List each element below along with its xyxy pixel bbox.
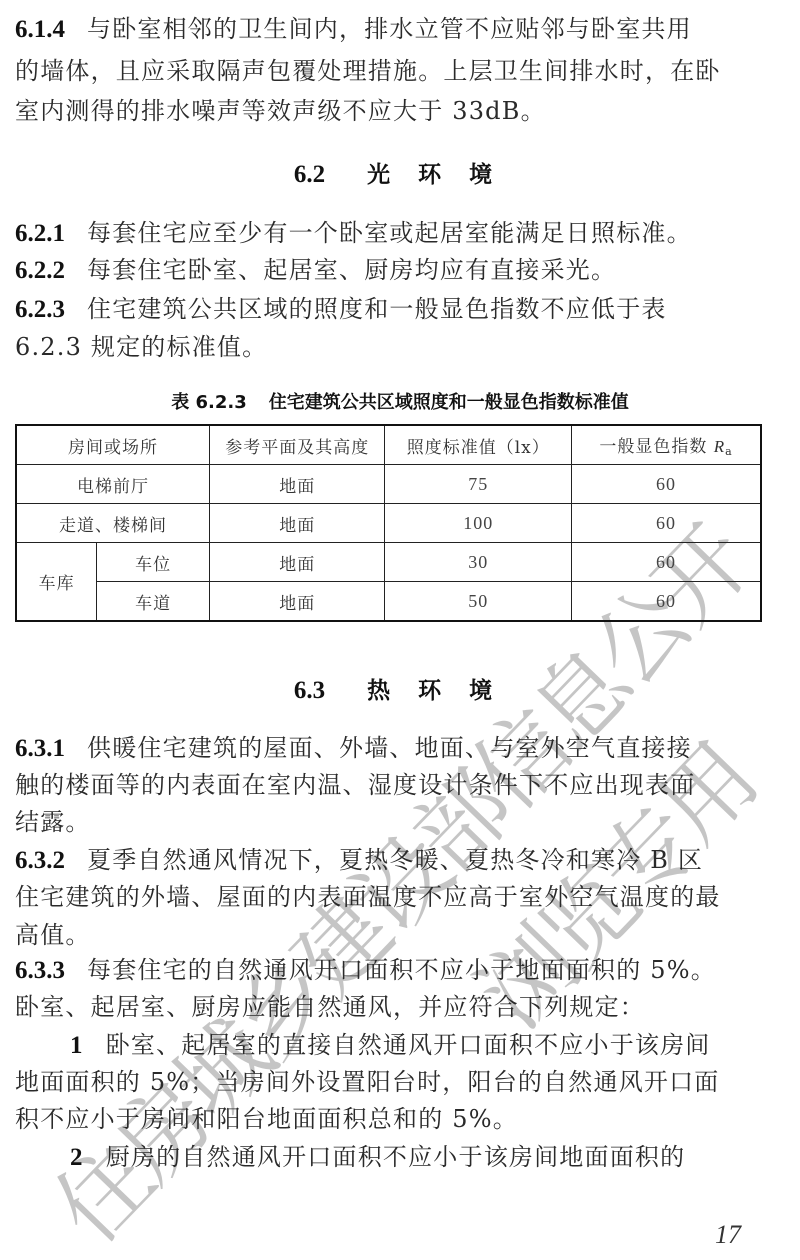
table-row: 走道、楼梯间 地面 100 60 <box>16 504 761 543</box>
cri-symbol: R <box>714 437 725 456</box>
clause-number: 6.2.2 <box>15 257 65 284</box>
section-number: 6.2 <box>294 161 325 188</box>
cell-cri: 60 <box>572 504 761 543</box>
clause-line: 6.2.3住宅建筑公共区域的照度和一般显色指数不应低于表 <box>15 294 765 325</box>
heading-char: 境 <box>469 678 492 704</box>
clause-line: 触的楼面等的内表面在室内温、湿度设计条件下不应出现表面 <box>15 770 765 800</box>
cell-group: 车库 <box>16 543 97 622</box>
clause-line: 结露。 <box>15 807 765 837</box>
cell-cri: 60 <box>572 543 761 582</box>
heading-char: 环 <box>418 162 441 188</box>
header-illuminance: 照度标准值（lx） <box>385 425 572 465</box>
clause-line: 6.1.4与卧室相邻的卫生间内，排水立管不应贴邻与卧室共用 <box>15 14 765 45</box>
clause-number: 6.2.3 <box>15 296 65 323</box>
section-heading-6-2: 6.2光环境 <box>0 156 800 189</box>
clause-text: 每套住宅卧室、起居室、厨房均应有直接采光。 <box>87 256 616 284</box>
clause-number: 6.3.2 <box>15 847 65 874</box>
page-number: 17 <box>715 1220 741 1250</box>
heading-char: 光 <box>367 162 390 188</box>
cell-place: 走道、楼梯间 <box>16 504 209 543</box>
heading-char: 热 <box>367 678 390 704</box>
item-number: 2 <box>70 1144 84 1171</box>
clause-text: 住宅建筑公共区域的照度和一般显色指数不应低于表 <box>87 295 667 323</box>
clause-text: 夏季自然通风情况下，夏热冬暖、夏热冬冷和寒冷 B 区 <box>87 846 703 874</box>
clause-text: 每套住宅应至少有一个卧室或起居室能满足日照标准。 <box>87 219 692 247</box>
table-header-row: 房间或场所 参考平面及其高度 照度标准值（lx） 一般显色指数 Ra <box>16 425 761 465</box>
header-cri-label: 一般显色指数 <box>599 437 713 457</box>
item-text: 厨房的自然通风开口面积不应小于该房间地面面积的 <box>106 1143 686 1171</box>
clause-line: 的墙体，且应采取隔声包覆处理措施。上层卫生间排水时，在卧 <box>15 56 765 86</box>
clause-line: 6.2.3 规定的标准值。 <box>15 332 765 362</box>
header-place: 房间或场所 <box>16 425 209 465</box>
header-cri: 一般显色指数 Ra <box>572 425 761 465</box>
clause-6-2-1: 6.2.1每套住宅应至少有一个卧室或起居室能满足日照标准。 <box>15 218 765 249</box>
cell-illuminance: 75 <box>385 465 572 504</box>
table-caption: 表 6.2.3住宅建筑公共区域照度和一般显色指数标准值 <box>0 388 800 414</box>
clause-line: 6.3.2夏季自然通风情况下，夏热冬暖、夏热冬冷和寒冷 B 区 <box>15 845 765 876</box>
clause-line: 地面面积的 5%；当房间外设置阳台时，阳台的自然通风开口面 <box>15 1067 765 1097</box>
section-heading-6-3: 6.3热环境 <box>0 672 800 705</box>
table-title: 住宅建筑公共区域照度和一般显色指数标准值 <box>269 392 629 413</box>
clause-number: 6.3.1 <box>15 735 65 762</box>
cell-place: 车道 <box>97 582 210 622</box>
item-text: 卧室、起居室的直接自然通风开口面积不应小于该房间 <box>106 1031 711 1059</box>
item-number: 1 <box>70 1032 84 1059</box>
cell-cri: 60 <box>572 465 761 504</box>
clause-line: 卧室、起居室、厨房应能自然通风，并应符合下列规定： <box>15 992 765 1022</box>
illuminance-table: 房间或场所 参考平面及其高度 照度标准值（lx） 一般显色指数 Ra 电梯前厅 … <box>15 424 762 622</box>
clause-line: 室内测得的排水噪声等效声级不应大于 33dB。 <box>15 96 765 126</box>
section-number: 6.3 <box>294 677 325 704</box>
list-item-1: 1卧室、起居室的直接自然通风开口面积不应小于该房间 <box>70 1030 765 1061</box>
cell-illuminance: 30 <box>385 543 572 582</box>
clause-text: 每套住宅的自然通风开口面积不应小于地面面积的 5%。 <box>87 956 716 984</box>
table-row: 车道 地面 50 60 <box>16 582 761 622</box>
table-row: 电梯前厅 地面 75 60 <box>16 465 761 504</box>
heading-char: 环 <box>418 678 441 704</box>
cri-subscript: a <box>725 445 733 458</box>
header-plane: 参考平面及其高度 <box>209 425 384 465</box>
clause-line: 6.3.3每套住宅的自然通风开口面积不应小于地面面积的 5%。 <box>15 955 765 986</box>
cell-cri: 60 <box>572 582 761 622</box>
clause-number: 6.2.1 <box>15 220 65 247</box>
clause-text: 与卧室相邻的卫生间内，排水立管不应贴邻与卧室共用 <box>87 15 692 43</box>
cell-plane: 地面 <box>209 465 384 504</box>
clause-number: 6.3.3 <box>15 957 65 984</box>
clause-text: 供暖住宅建筑的屋面、外墙、地面、与室外空气直接接 <box>87 734 692 762</box>
clause-number: 6.1.4 <box>15 16 65 43</box>
heading-char: 境 <box>469 162 492 188</box>
cell-plane: 地面 <box>209 582 384 622</box>
clause-6-2-2: 6.2.2每套住宅卧室、起居室、厨房均应有直接采光。 <box>15 255 765 286</box>
cell-illuminance: 50 <box>385 582 572 622</box>
clause-line: 6.3.1供暖住宅建筑的屋面、外墙、地面、与室外空气直接接 <box>15 733 765 764</box>
cell-plane: 地面 <box>209 543 384 582</box>
table-number: 表 6.2.3 <box>171 392 247 413</box>
cell-plane: 地面 <box>209 504 384 543</box>
clause-line: 积不应小于房间和阳台地面面积总和的 5%。 <box>15 1104 765 1134</box>
list-item-2: 2厨房的自然通风开口面积不应小于该房间地面面积的 <box>70 1142 765 1173</box>
cell-illuminance: 100 <box>385 504 572 543</box>
clause-line: 住宅建筑的外墙、屋面的内表面温度不应高于室外空气温度的最 <box>15 882 765 912</box>
cell-place: 车位 <box>97 543 210 582</box>
table-row: 车库 车位 地面 30 60 <box>16 543 761 582</box>
clause-line: 高值。 <box>15 920 765 950</box>
cell-place: 电梯前厅 <box>16 465 209 504</box>
